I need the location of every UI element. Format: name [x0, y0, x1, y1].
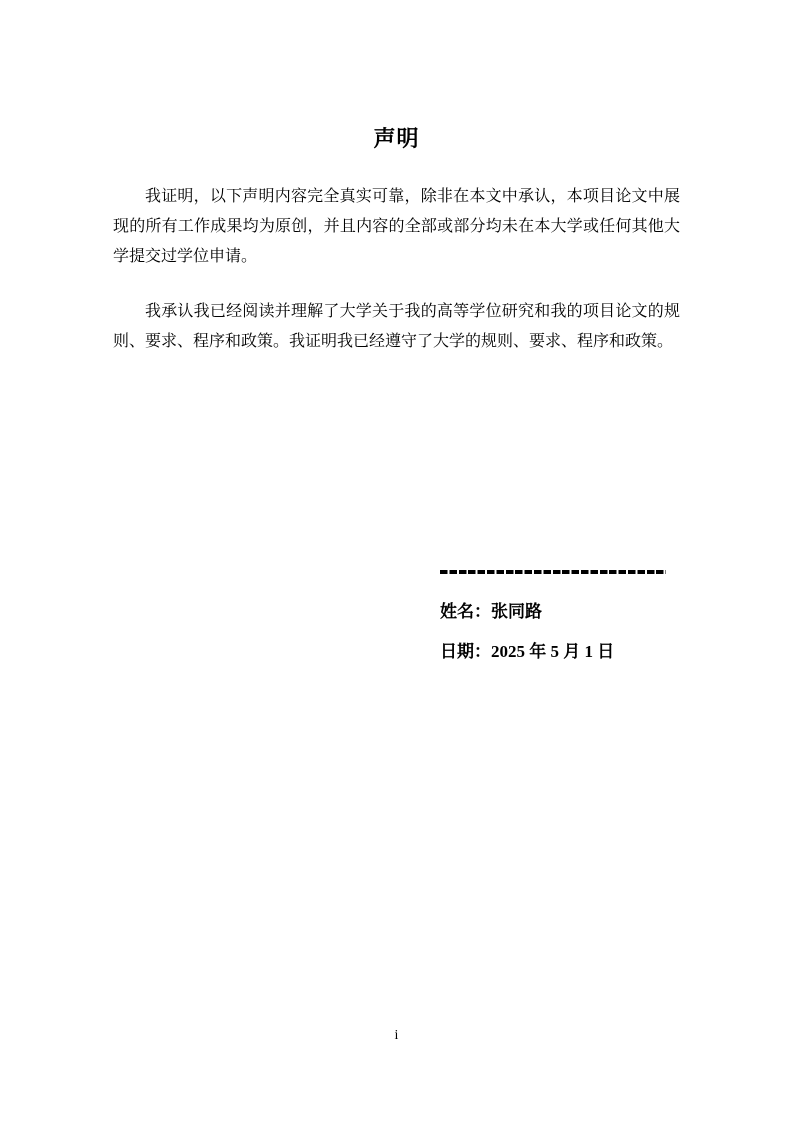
signature-date-value: 2025 年 5 月 1 日	[491, 642, 614, 661]
declaration-paragraph-1: 我证明，以下声明内容完全真实可靠，除非在本文中承认，本项目论文中展现的所有工作成…	[113, 182, 680, 272]
signature-block: 姓名：张同路 日期：2025 年 5 月 1 日	[440, 570, 680, 664]
page-title: 声明	[0, 122, 793, 153]
declaration-body: 我证明，以下声明内容完全真实可靠，除非在本文中承认，本项目论文中展现的所有工作成…	[113, 182, 680, 357]
signature-line	[440, 570, 666, 574]
declaration-page: 声明 我证明，以下声明内容完全真实可靠，除非在本文中承认，本项目论文中展现的所有…	[0, 0, 793, 1122]
signature-name-value: 张同路	[491, 602, 542, 621]
signature-name-label: 姓名：	[440, 602, 491, 621]
signature-name-row: 姓名：张同路	[440, 600, 680, 624]
signature-date-row: 日期：2025 年 5 月 1 日	[440, 640, 680, 664]
page-number: i	[0, 1028, 793, 1044]
signature-date-label: 日期：	[440, 642, 491, 661]
declaration-paragraph-2: 我承认我已经阅读并理解了大学关于我的高等学位研究和我的项目论文的规则、要求、程序…	[113, 297, 680, 357]
